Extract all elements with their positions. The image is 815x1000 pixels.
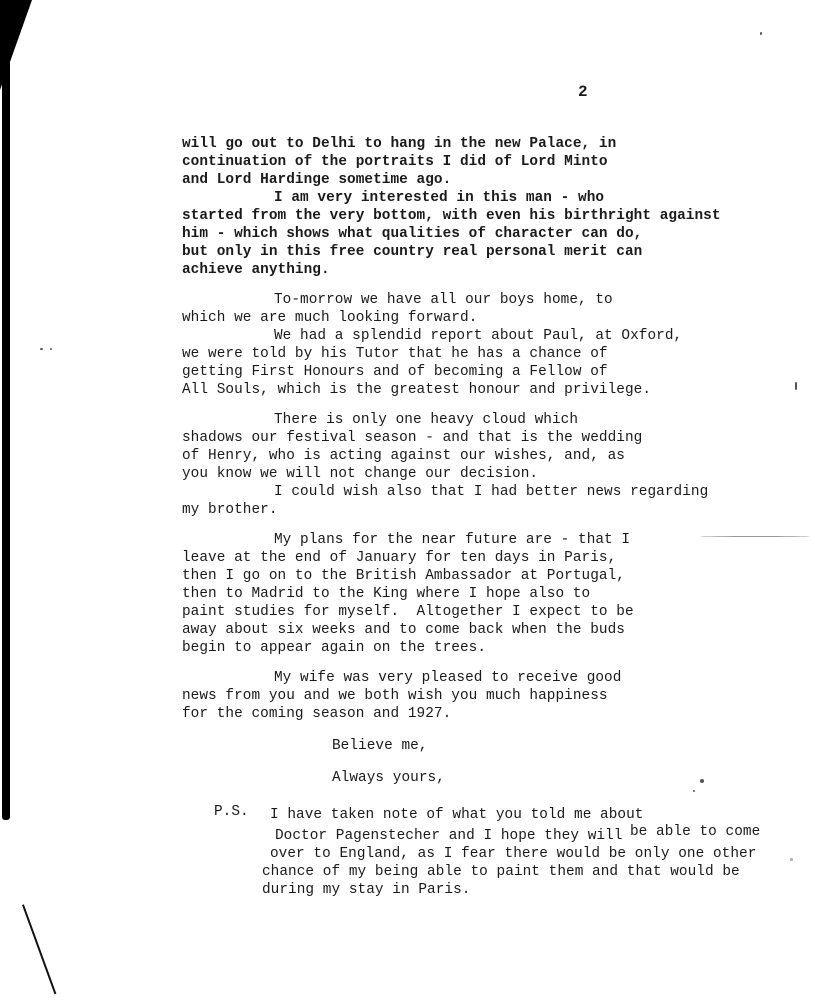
text-line: My plans for the near future are - that … xyxy=(274,531,630,549)
text-line: then I go on to the British Ambassador a… xyxy=(182,567,625,585)
text-line: be able to come xyxy=(630,823,760,841)
text-line: begin to appear again on the trees. xyxy=(182,639,486,657)
text-line: news from you and we both wish you much … xyxy=(182,687,608,705)
text-line: of Henry, who is acting against our wish… xyxy=(182,447,625,465)
text-line: then to Madrid to the King where I hope … xyxy=(182,585,590,603)
text-line: we were told by his Tutor that he has a … xyxy=(182,345,608,363)
text-line: but only in this free country real perso… xyxy=(182,243,642,261)
page-number: 2 xyxy=(578,83,588,101)
text-line: and Lord Hardinge sometime ago. xyxy=(182,171,451,189)
scan-speck xyxy=(693,790,695,792)
scan-speck xyxy=(760,32,762,35)
text-line: away about six weeks and to come back wh… xyxy=(182,621,625,639)
text-line: Doctor Pagenstecher and I hope they will xyxy=(275,827,622,845)
scan-speck xyxy=(50,348,52,350)
text-line: shadows our festival season - and that i… xyxy=(182,429,642,447)
text-line: There is only one heavy cloud which xyxy=(274,411,578,429)
scan-smudge xyxy=(700,536,810,537)
text-line: I am very interested in this man - who xyxy=(274,189,604,207)
closing-line: Believe me, xyxy=(332,737,428,755)
text-line: continuation of the portraits I did of L… xyxy=(182,153,608,171)
text-line: All Souls, which is the greatest honour … xyxy=(182,381,651,399)
text-line: started from the very bottom, with even … xyxy=(182,207,721,225)
text-line: which we are much looking forward. xyxy=(182,309,477,327)
text-line: My wife was very pleased to receive good xyxy=(274,669,621,687)
text-line: We had a splendid report about Paul, at … xyxy=(274,327,682,345)
text-line: achieve anything. xyxy=(182,261,330,279)
text-line: my brother. xyxy=(182,501,278,519)
text-line: paint studies for myself. Altogether I e… xyxy=(182,603,634,621)
text-line: I have taken note of what you told me ab… xyxy=(270,806,644,824)
ps-label: P.S. xyxy=(214,803,249,821)
text-line: getting First Honours and of becoming a … xyxy=(182,363,608,381)
text-line: I could wish also that I had better news… xyxy=(274,483,708,501)
text-line: during my stay in Paris. xyxy=(262,881,470,899)
text-line: over to England, as I fear there would b… xyxy=(270,845,756,863)
text-line: To-morrow we have all our boys home, to xyxy=(274,291,613,309)
scan-speck xyxy=(790,858,793,861)
scan-speck xyxy=(700,779,704,783)
scan-edge-line xyxy=(2,60,10,820)
text-line: leave at the end of January for ten days… xyxy=(182,549,616,567)
text-line: you know we will not change our decision… xyxy=(182,465,538,483)
scan-edge-stroke xyxy=(22,904,56,994)
scan-speck xyxy=(795,382,797,390)
text-line: him - which shows what qualities of char… xyxy=(182,225,642,243)
scan-speck xyxy=(40,348,43,350)
text-line: will go out to Delhi to hang in the new … xyxy=(182,135,616,153)
text-line: for the coming season and 1927. xyxy=(182,705,451,723)
text-line: chance of my being able to paint them an… xyxy=(262,863,740,881)
closing-line: Always yours, xyxy=(332,769,445,787)
